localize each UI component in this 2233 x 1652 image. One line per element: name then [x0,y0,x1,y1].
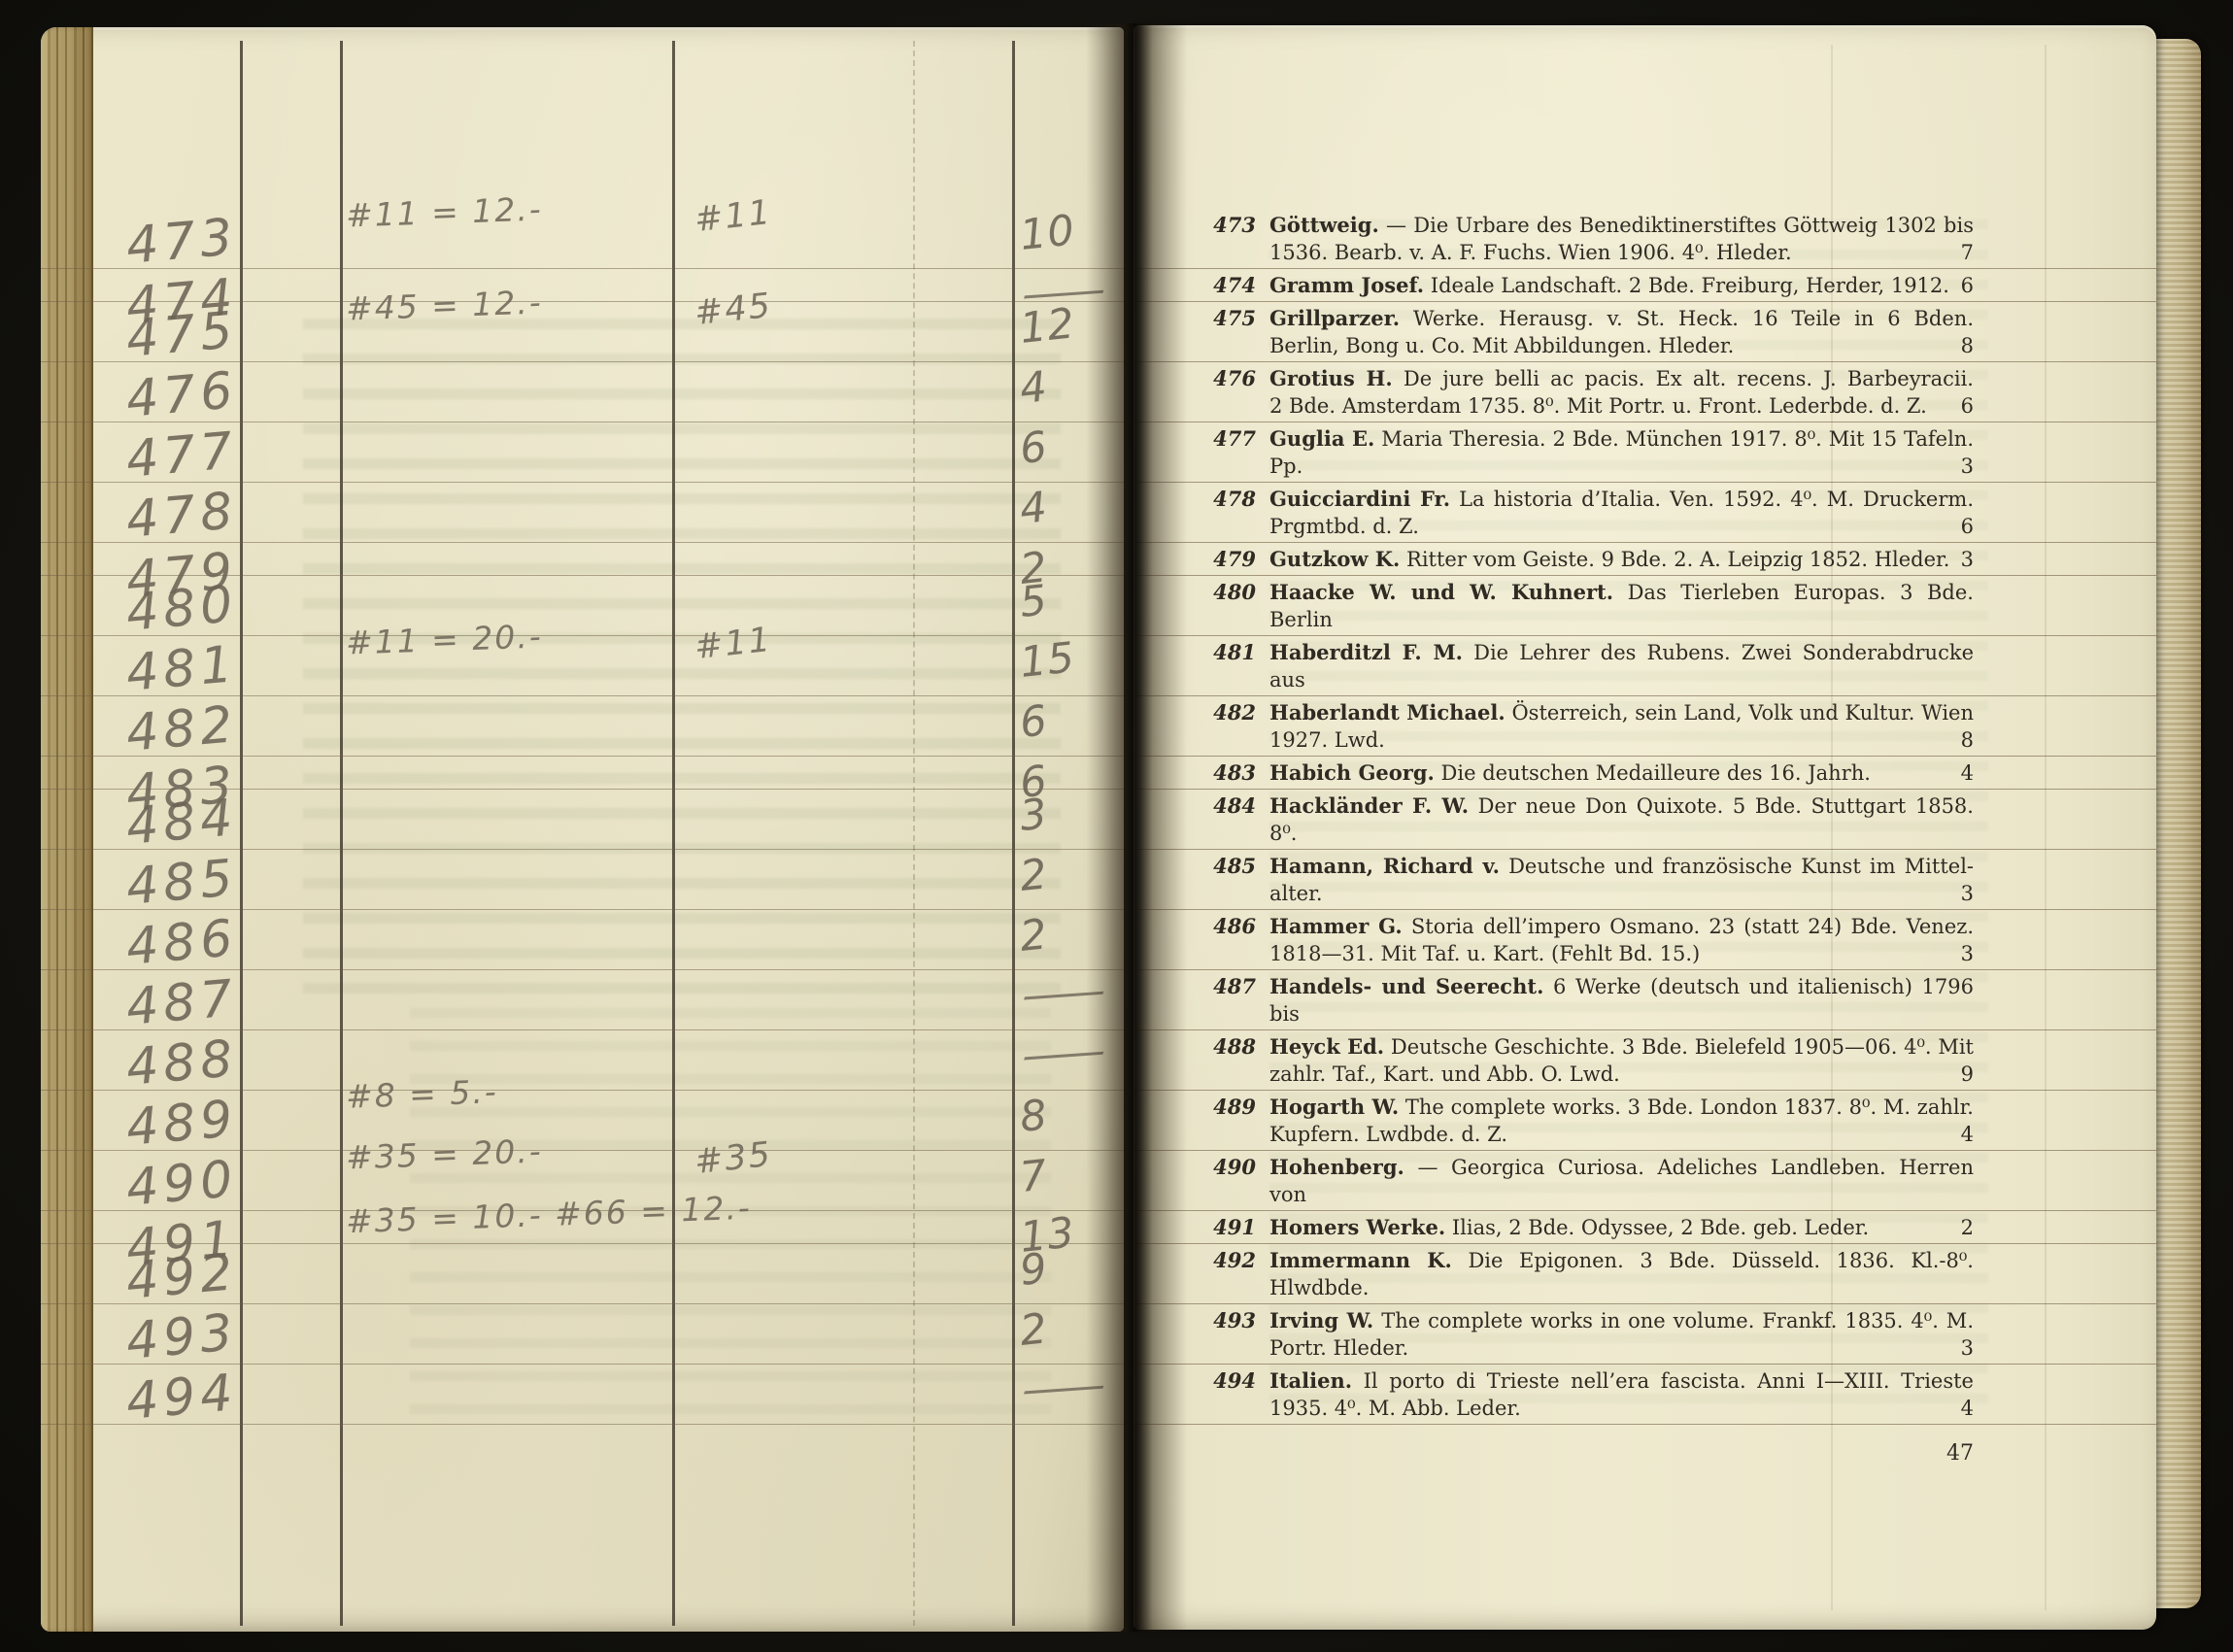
entry-number: 473 [1200,212,1256,239]
ledger-row: 487— [41,970,1124,1030]
entry-line: Kupfern. Lwdbde. d. Z.4 [1269,1121,1974,1148]
handwritten-result-value: 7 [1018,1144,1116,1202]
entry-number: 481 [1200,639,1256,666]
handwritten-price-note: #45 = 12.- [345,283,543,327]
entry-text: — Die Urbare des Benediktinerstiftes Göt… [1386,214,1974,237]
entry-price: 4 [1961,1395,1974,1422]
entry-line: Berlin, Bong u. Co. Mit Abbildungen. Hle… [1269,332,1974,359]
entry-text: Prgmtbd. d. Z. [1269,515,1419,538]
entry-text: 1536. Bearb. v. A. F. Fuchs. Wien 1906. … [1269,241,1792,264]
entry-line: Heyck Ed. Deutsche Geschichte. 3 Bde. Bi… [1269,1033,1974,1061]
handwritten-lot-number: 494 [124,1364,240,1432]
catalog-entry: 482Haberlandt Michael. Österreich, sein … [1133,696,2156,757]
entry-line: Irving W. The complete works in one volu… [1269,1307,1974,1334]
entry-number: 474 [1200,272,1256,299]
handwritten-price-tag: #35 [693,1135,774,1182]
handwritten-lot-number: 484 [124,789,240,857]
handwritten-result-value: 15 [1018,629,1116,688]
entry-number: 476 [1200,365,1256,392]
ledger-row: 4784 [41,483,1124,543]
handwritten-lot-number: 488 [124,1029,240,1097]
handwritten-lot-number: 476 [124,361,240,429]
entry-number: 489 [1200,1094,1256,1121]
handwritten-price-note: #11 = 12.- [345,189,543,234]
entry-line: 1927. Lwd.8 [1269,726,1974,754]
ledger-row: 4932 [41,1304,1124,1365]
entry-price: 8 [1961,726,1974,754]
entry-author: Hamann, Richard v. [1269,854,1500,878]
catalog-entries: 473Göttweig. — Die Urbare des Benediktin… [1133,209,2156,1425]
entry-line: Pp.3 [1269,453,1974,480]
handwritten-result-value: 6 [1018,416,1116,474]
entry-text: Il porto di Trieste nell’era fascista. A… [1364,1369,1974,1393]
handwritten-lot-number: 493 [124,1303,240,1371]
entry-text: Ilias, 2 Bde. Odyssee, 2 Bde. geb. Leder… [1452,1216,1869,1239]
entry-text: Pp. [1269,455,1303,478]
entry-number: 482 [1200,699,1256,726]
entry-text: De jure belli ac pacis. Ex alt. recens. … [1404,367,1974,390]
entry-text: La historia d’Italia. Ven. 1592. 4⁰. M. … [1459,488,1974,511]
entry-text: The complete works in one volume. Frankf… [1381,1309,1974,1332]
entry-author: Haberlandt Michael. [1269,700,1506,725]
page-number: 47 [1946,1441,1974,1466]
entry-number: 479 [1200,546,1256,573]
entry-author: Heyck Ed. [1269,1034,1384,1059]
handwritten-result-value: 6 [1018,690,1116,748]
entry-number: 480 [1200,579,1256,606]
entry-author: Homers Werke. [1269,1215,1445,1239]
handwritten-lot-number: 492 [124,1243,240,1311]
entry-number: 487 [1200,973,1256,1000]
catalog-entry: 479Gutzkow K. Ritter vom Geiste. 9 Bde. … [1133,543,2156,576]
entry-price: 4 [1961,759,1974,787]
entry-price: 7 [1961,239,1974,266]
entry-text: Österreich, sein Land, Volk und Kultur. … [1511,701,1974,725]
entry-text: Maria Theresia. 2 Bde. München 1917. 8⁰.… [1381,427,1974,451]
entry-line: Haberlandt Michael. Österreich, sein Lan… [1269,699,1974,726]
handwritten-lot-number: 475 [124,301,240,369]
catalog-entry: 475Grillparzer. Werke. Herausg. v. St. H… [1133,302,2156,362]
entry-number: 483 [1200,759,1256,787]
ledger-row: 4776 [41,422,1124,483]
ledger-row: 491#35 = 10.- #66 = 12.-13 [41,1211,1124,1244]
entry-line: Guglia E. Maria Theresia. 2 Bde. München… [1269,425,1974,453]
entry-price: 2 [1961,1214,1974,1241]
handwritten-price-tag: #45 [693,287,774,333]
catalog-entry: 478Guicciardini Fr. La historia d’Italia… [1133,483,2156,543]
catalog-entry: 474Gramm Josef. Ideale Landschaft. 2 Bde… [1133,269,2156,302]
entry-number: 488 [1200,1033,1256,1061]
entry-line: Hogarth W. The complete works. 3 Bde. Lo… [1269,1094,1974,1121]
ledger-rows: 473#11 = 12.-#1110474—475#45 = 12.-#4512… [41,209,1124,1425]
entry-price: 3 [1961,546,1974,573]
entry-author: Irving W. [1269,1308,1373,1332]
ledger-row: 4764 [41,362,1124,422]
catalog-entry: 488Heyck Ed. Deutsche Geschichte. 3 Bde.… [1133,1030,2156,1091]
entry-text: Storia dell’impero Osmano. 23 (statt 24)… [1411,915,1974,938]
entry-price: 4 [1961,1121,1974,1148]
entry-author: Göttweig. [1269,213,1379,237]
ledger-row: 4852 [41,850,1124,910]
handwritten-price-note: #8 = 5.- [345,1072,498,1115]
entry-number: 490 [1200,1154,1256,1181]
entry-line: Gramm Josef. Ideale Landschaft. 2 Bde. F… [1269,272,1974,299]
entry-price: 3 [1961,880,1974,907]
catalog-entry: 477Guglia E. Maria Theresia. 2 Bde. Münc… [1133,422,2156,483]
entry-line: Italien. Il porto di Trieste nell’era fa… [1269,1367,1974,1395]
entry-text: 1927. Lwd. [1269,728,1385,752]
entry-price: 6 [1961,392,1974,420]
ledger-row: 4929 [41,1244,1124,1304]
entry-line: Gutzkow K. Ritter vom Geiste. 9 Bde. 2. … [1269,546,1974,573]
entry-price: 3 [1961,940,1974,967]
entry-author: Gramm Josef. [1269,273,1424,297]
entry-line: Hohenberg. — Georgica Curiosa. Adeliches… [1269,1154,1974,1208]
handwritten-result-value: 3 [1018,783,1116,841]
handwritten-result-value: 12 [1018,295,1116,354]
entry-author: Hammer G. [1269,914,1403,938]
handwritten-result-value: 8 [1018,1084,1116,1142]
catalog-entry: 489Hogarth W. The complete works. 3 Bde.… [1133,1091,2156,1151]
entry-number: 485 [1200,853,1256,880]
entry-author: Guglia E. [1269,426,1374,451]
catalog-entry: 491Homers Werke. Ilias, 2 Bde. Odyssee, … [1133,1211,2156,1244]
entry-author: Immermann K. [1269,1248,1452,1272]
entry-text: Berlin, Bong u. Co. Mit Abbildungen. Hle… [1269,334,1734,357]
handwritten-price-tag: #11 [693,193,774,240]
handwritten-result-value: 9 [1018,1237,1116,1296]
entry-author: Grotius H. [1269,366,1393,390]
handwritten-lot-number: 485 [124,849,240,917]
handwritten-result-value: 5 [1018,569,1116,627]
catalog-entry: 485Hamann, Richard v. Deutsche und franz… [1133,850,2156,910]
ledger-row: 4862 [41,910,1124,970]
entry-line: Göttweig. — Die Urbare des Benediktiners… [1269,212,1974,239]
book-page-edges-right [2148,39,2201,1608]
entry-line: Haberditzl F. M. Die Lehrer des Rubens. … [1269,639,1974,693]
entry-text: Portr. Hleder. [1269,1336,1408,1360]
catalog-entry: 492Immermann K. Die Epigonen. 3 Bde. Düs… [1133,1244,2156,1304]
scanned-book-spread: { "colors": { "paper": "#ece7cb", "ink":… [0,0,2233,1652]
catalog-page-right: 473Göttweig. — Die Urbare des Benediktin… [1133,25,2156,1630]
entry-line: Hammer G. Storia dell’impero Osmano. 23 … [1269,913,1974,940]
ledger-row: 4843 [41,790,1124,850]
entry-number: 491 [1200,1214,1256,1241]
entry-text: Die deutschen Medailleure des 16. Jahrh. [1441,761,1871,785]
entry-price: 3 [1961,453,1974,480]
ledger-row: 473#11 = 12.-#1110 [41,209,1124,269]
handwritten-price-tag: #11 [693,621,774,667]
ledger-row: 489#8 = 5.-8 [41,1091,1124,1151]
entry-number: 477 [1200,425,1256,453]
entry-line: Handels- und Seerecht. 6 Werke (deutsch … [1269,973,1974,1028]
handwritten-lot-number: 486 [124,909,240,977]
catalog-entry: 486Hammer G. Storia dell’impero Osmano. … [1133,910,2156,970]
entry-number: 493 [1200,1307,1256,1334]
handwritten-lot-number: 489 [124,1090,240,1158]
entry-author: Italien. [1269,1368,1352,1393]
handwritten-result-value: 10 [1018,202,1116,260]
ledger-row: 475#45 = 12.-#4512 [41,302,1124,362]
handwritten-lot-number: 481 [124,635,240,703]
catalog-entry: 481Haberditzl F. M. Die Lehrer des Ruben… [1133,636,2156,696]
entry-price: 8 [1961,332,1974,359]
entry-number: 478 [1200,486,1256,513]
entry-number: 486 [1200,913,1256,940]
catalog-entry: 483Habich Georg. Die deutschen Medailleu… [1133,757,2156,790]
entry-number: 475 [1200,305,1256,332]
entry-line: 1935. 4⁰. M. Abb. Leder.4 [1269,1395,1974,1422]
entry-line: 1818—31. Mit Taf. u. Kart. (Fehlt Bd. 15… [1269,940,1974,967]
entry-price: 3 [1961,1334,1974,1362]
entry-author: Hackländer F. W. [1269,793,1469,818]
catalog-entry: 490Hohenberg. — Georgica Curiosa. Adelic… [1133,1151,2156,1211]
catalog-entry: 487Handels- und Seerecht. 6 Werke (deuts… [1133,970,2156,1030]
handwritten-lot-number: 478 [124,482,240,550]
entry-author: Haberditzl F. M. [1269,640,1463,664]
entry-author: Guicciardini Fr. [1269,487,1450,511]
entry-author: Haacke W. und W. Kuhnert. [1269,580,1613,604]
entry-text: Deutsche und französische Kunst im Mitte… [1508,855,1974,878]
catalog-entry: 484Hackländer F. W. Der neue Don Quixote… [1133,790,2156,850]
ledger-page-left: 473#11 = 12.-#1110474—475#45 = 12.-#4512… [41,27,1124,1632]
ledger-row: 4836 [41,757,1124,790]
handwritten-result-value: 2 [1018,843,1116,901]
entry-number: 484 [1200,792,1256,820]
entry-line: Portr. Hleder.3 [1269,1334,1974,1362]
entry-line: Immermann K. Die Epigonen. 3 Bde. Düssel… [1269,1247,1974,1301]
entry-line: alter.3 [1269,880,1974,907]
handwritten-result-value: 4 [1018,476,1116,534]
entry-text: zahlr. Taf., Kart. und Abb. O. Lwd. [1269,1062,1620,1086]
catalog-entry: 493Irving W. The complete works in one v… [1133,1304,2156,1365]
handwritten-price-note: #11 = 20.- [345,617,543,661]
handwritten-lot-number: 473 [124,208,240,276]
handwritten-price-note: #35 = 20.- [345,1131,543,1176]
entry-author: Handels- und Seerecht. [1269,974,1543,998]
entry-text: Kupfern. Lwdbde. d. Z. [1269,1123,1507,1146]
entry-text: Ideale Landschaft. 2 Bde. Freiburg, Herd… [1431,274,1949,297]
handwritten-lot-number: 490 [124,1150,240,1218]
catalog-entry: 480Haacke W. und W. Kuhnert. Das Tierleb… [1133,576,2156,636]
catalog-entry: 494Italien. Il porto di Trieste nell’era… [1133,1365,2156,1425]
handwritten-result-value: 2 [1018,1298,1116,1356]
entry-line: Grotius H. De jure belli ac pacis. Ex al… [1269,365,1974,392]
entry-text: 1818—31. Mit Taf. u. Kart. (Fehlt Bd. 15… [1269,942,1700,965]
entry-author: Grillparzer. [1269,306,1400,330]
entry-line: Grillparzer. Werke. Herausg. v. St. Heck… [1269,305,1974,332]
entry-line: Hackländer F. W. Der neue Don Quixote. 5… [1269,792,1974,847]
ledger-row: 481#11 = 20.-#1115 [41,636,1124,696]
entry-price: 6 [1961,513,1974,540]
handwritten-lot-number: 482 [124,695,240,763]
entry-text: alter. [1269,882,1323,905]
entry-line: Prgmtbd. d. Z.6 [1269,513,1974,540]
entry-line: zahlr. Taf., Kart. und Abb. O. Lwd.9 [1269,1061,1974,1088]
entry-line: Hamann, Richard v. Deutsche und französi… [1269,853,1974,880]
entry-line: 1536. Bearb. v. A. F. Fuchs. Wien 1906. … [1269,239,1974,266]
entry-line: Haacke W. und W. Kuhnert. Das Tierleben … [1269,579,1974,633]
handwritten-lot-number: 487 [124,969,240,1037]
ledger-row: 4826 [41,696,1124,757]
entry-text: Ritter vom Geiste. 9 Bde. 2. A. Leipzig … [1406,548,1949,571]
ledger-row: 4805 [41,576,1124,636]
handwritten-lot-number: 480 [124,575,240,643]
entry-author: Hohenberg. [1269,1155,1404,1179]
entry-number: 494 [1200,1367,1256,1395]
entry-text: 1935. 4⁰. M. Abb. Leder. [1269,1397,1521,1420]
entry-text: Deutsche Geschichte. 3 Bde. Bielefeld 19… [1391,1035,1974,1059]
entry-text: The complete works. 3 Bde. London 1837. … [1405,1096,1974,1119]
entry-number: 492 [1200,1247,1256,1274]
entry-author: Habich Georg. [1269,760,1435,785]
handwritten-result-value: 4 [1018,355,1116,414]
handwritten-result-value: 2 [1018,903,1116,961]
catalog-entry: 473Göttweig. — Die Urbare des Benediktin… [1133,209,2156,269]
entry-author: Hogarth W. [1269,1095,1399,1119]
entry-author: Gutzkow K. [1269,547,1400,571]
entry-line: Homers Werke. Ilias, 2 Bde. Odyssee, 2 B… [1269,1214,1974,1241]
ledger-row: 4792 [41,543,1124,576]
entry-line: Habich Georg. Die deutschen Medailleure … [1269,759,1974,787]
catalog-entry: 476Grotius H. De jure belli ac pacis. Ex… [1133,362,2156,422]
ledger-row: 488— [41,1030,1124,1091]
entry-line: 2 Bde. Amsterdam 1735. 8⁰. Mit Portr. u.… [1269,392,1974,420]
entry-text: 2 Bde. Amsterdam 1735. 8⁰. Mit Portr. u.… [1269,394,1927,418]
entry-line: Guicciardini Fr. La historia d’Italia. V… [1269,486,1974,513]
entry-price: 6 [1961,272,1974,299]
entry-price: 9 [1961,1061,1974,1088]
ledger-row: 474— [41,269,1124,302]
ledger-row: 494— [41,1365,1124,1425]
handwritten-lot-number: 477 [124,421,240,489]
entry-text: Werke. Herausg. v. St. Heck. 16 Teile in… [1413,307,1974,330]
